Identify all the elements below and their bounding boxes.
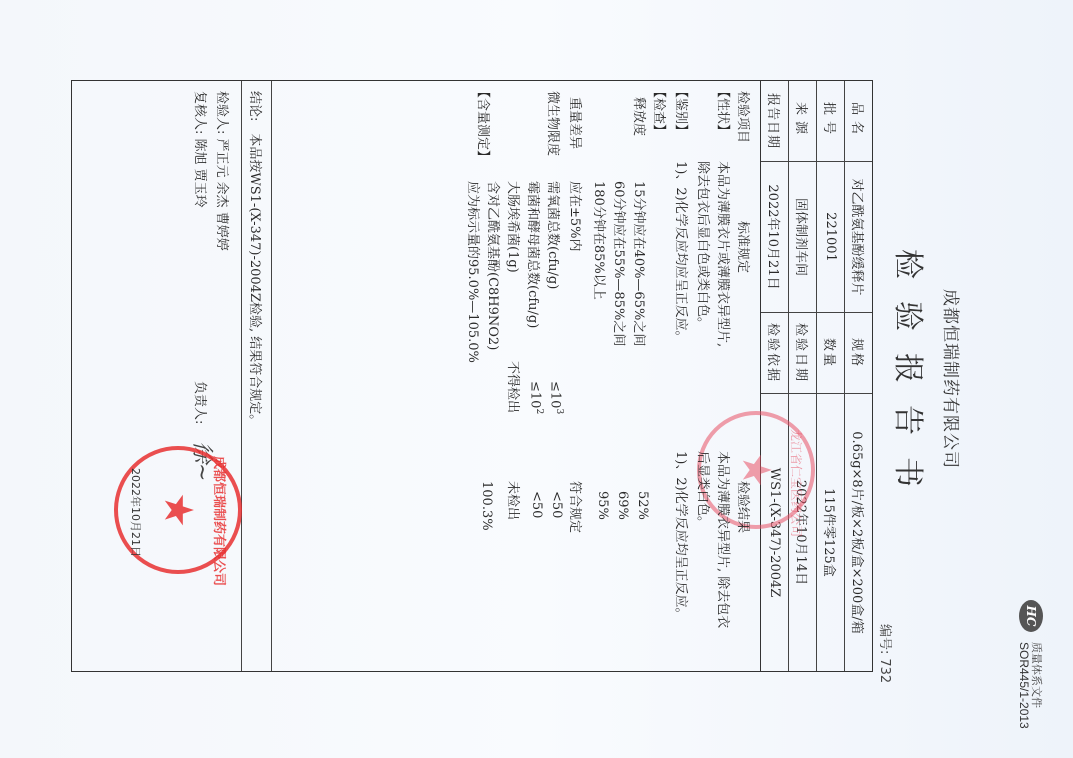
test-date-label: 检验日期 [789, 313, 816, 394]
header-standard: 标准规定 [735, 221, 754, 273]
assay-standard-1: 含对乙酰氨基酚(C8H9NO2) [485, 181, 504, 350]
info-table: 品名 对乙酰氨基酚缓释片 规格 0.65g×8片/板×2板/盒×200盒/箱 批… [760, 81, 872, 671]
info-row: 品名 对乙酰氨基酚缓释片 规格 0.65g×8片/板×2板/盒×200盒/箱 [844, 81, 872, 671]
scanned-document: HC 质量体系文件 SOR445/1-2013 成都恒瑞制药有限公司 检验报告书… [0, 0, 1073, 758]
info-row: 报告日期 2022年10月21日 检验依据 WS1-(X-347)-2004Z [761, 81, 788, 671]
hc-logo-icon: HC [1019, 600, 1043, 632]
quality-system-code: SOR445/1-2013 [1017, 642, 1031, 729]
quantity-label: 数量 [817, 313, 844, 394]
limit-base: ≤10 [548, 381, 563, 408]
dissolution-result: 95% [595, 491, 610, 520]
inspector-row: 检验人: 严正元 余杰 曹婷婷 [214, 91, 233, 251]
batch-label: 批号 [817, 81, 844, 162]
dissolution-standard: 15分钟应在40%—65%之间 [631, 181, 650, 346]
microbial-standard: 霉菌和酵母菌总数(cfu/g) [525, 181, 544, 328]
info-row: 批号 221001 数量 115件零125盒 [816, 81, 844, 671]
serial-number: 编号:732 [877, 620, 896, 683]
characters-standard-1: 本品为薄膜衣片或薄膜衣异型片, [715, 161, 734, 347]
microbial-limit: ≤103 [548, 381, 564, 414]
conclusion: 结论: 本品按WS1-(X-347)-2004Z检验, 结果符合规定。 [242, 81, 272, 671]
characters-label: 【性状】 [715, 85, 734, 137]
characters-result-2: 后显类白色。 [695, 451, 714, 529]
reviewer-label: 复核人: [192, 91, 207, 134]
reviewer-row: 复核人: 陈旭 贾玉玲 [192, 91, 211, 208]
conclusion-label: 结论: [247, 91, 266, 121]
report-date: 2022年10月21日 [761, 162, 788, 313]
assay-result: 100.3% [479, 481, 494, 531]
weight-variation-result: 符合规定 [567, 481, 586, 533]
company-seal-stamp: ★ 成都恒瑞制药有限公司 2022年10月21日 [114, 446, 242, 574]
report-date-label: 报告日期 [761, 81, 788, 162]
identification-result: 1)、2)化学反应均呈正反应。 [673, 451, 692, 621]
source-label: 来源 [789, 81, 816, 162]
microbial-limit: ≤102 [528, 381, 544, 414]
star-icon: ★ [155, 492, 201, 528]
microbial-standard: 大肠埃希菌(1g) [505, 181, 524, 273]
qc-seal-text: 龙江省仁宝医药公司 [788, 429, 805, 537]
microbial-result: 未检出 [505, 481, 524, 520]
dissolution-result: 52% [635, 491, 650, 520]
quantity: 115件零125盒 [817, 394, 844, 671]
microbial-result: <50 [529, 491, 544, 518]
microbial-result: <50 [549, 491, 564, 518]
serial-value: 732 [877, 658, 892, 683]
limit-base: ≤10 [528, 381, 543, 408]
responsible-label: 负责人: [192, 381, 211, 424]
seal-date: 2022年10月21日 [128, 468, 144, 557]
dissolution-standard: 60分钟应在55%—85%之间 [611, 181, 630, 346]
inspectors: 严正元 余杰 曹婷婷 [214, 139, 229, 251]
conclusion-text: 本品按WS1-(X-347)-2004Z检验, 结果符合规定。 [247, 133, 266, 427]
header-result: 检验结果 [735, 481, 754, 533]
reviewers: 陈旭 贾玉玲 [192, 139, 207, 208]
inspector-label: 检验人: [214, 91, 229, 134]
product-name: 对乙酰氨基酚缓释片 [845, 162, 872, 313]
dissolution-label: 释放度 [631, 97, 650, 136]
header-item: 检验项目 [735, 91, 754, 143]
microbial-label: 微生物限度 [545, 91, 564, 156]
quality-system-label: 质量体系文件 [1029, 642, 1045, 708]
limit-exponent: 3 [554, 408, 564, 414]
limit-exponent: 2 [534, 408, 544, 414]
product-name-label: 品名 [845, 81, 872, 162]
tests-label: 【检查】 [651, 85, 670, 137]
dissolution-standard: 180分钟在85%以上 [591, 181, 610, 300]
company-seal-text: 成都恒瑞制药有限公司 [211, 456, 230, 586]
spec-label: 规格 [845, 313, 872, 394]
characters-standard-2: 除去包衣后显白色或类白色。 [695, 161, 714, 330]
weight-variation-standard: 应在±5%内 [567, 181, 586, 252]
inspection-report-page: HC 质量体系文件 SOR445/1-2013 成都恒瑞制药有限公司 检验报告书… [0, 0, 1073, 758]
assay-label: 【含量测定】 [475, 85, 494, 163]
dissolution-result: 69% [615, 491, 630, 520]
spec: 0.65g×8片/板×2板/盒×200盒/箱 [845, 394, 872, 671]
source: 固体制剂车间 [789, 162, 816, 313]
microbial-standard: 需氧菌总数(cfu/g) [545, 181, 564, 289]
microbial-limit: 不得检出 [505, 361, 524, 413]
characters-result-1: 本品为薄膜衣异型片, 除去包衣 [715, 451, 734, 628]
assay-standard-2: 应为标示量的95.0%—105.0% [465, 181, 484, 363]
weight-variation-label: 重量差异 [567, 97, 586, 149]
identification-standard: 1)、2)化学反应均应呈正反应。 [673, 161, 692, 344]
company-name: 成都恒瑞制药有限公司 [940, 0, 965, 758]
serial-label: 编号: [877, 624, 892, 654]
identification-label: 【鉴别】 [673, 85, 692, 137]
basis-label: 检验依据 [761, 313, 788, 394]
batch: 221001 [817, 162, 844, 313]
report-frame: 品名 对乙酰氨基酚缓释片 规格 0.65g×8片/板×2板/盒×200盒/箱 批… [71, 80, 873, 672]
info-row: 来源 固体制剂车间 检验日期 2022年10月14日 [788, 81, 816, 671]
